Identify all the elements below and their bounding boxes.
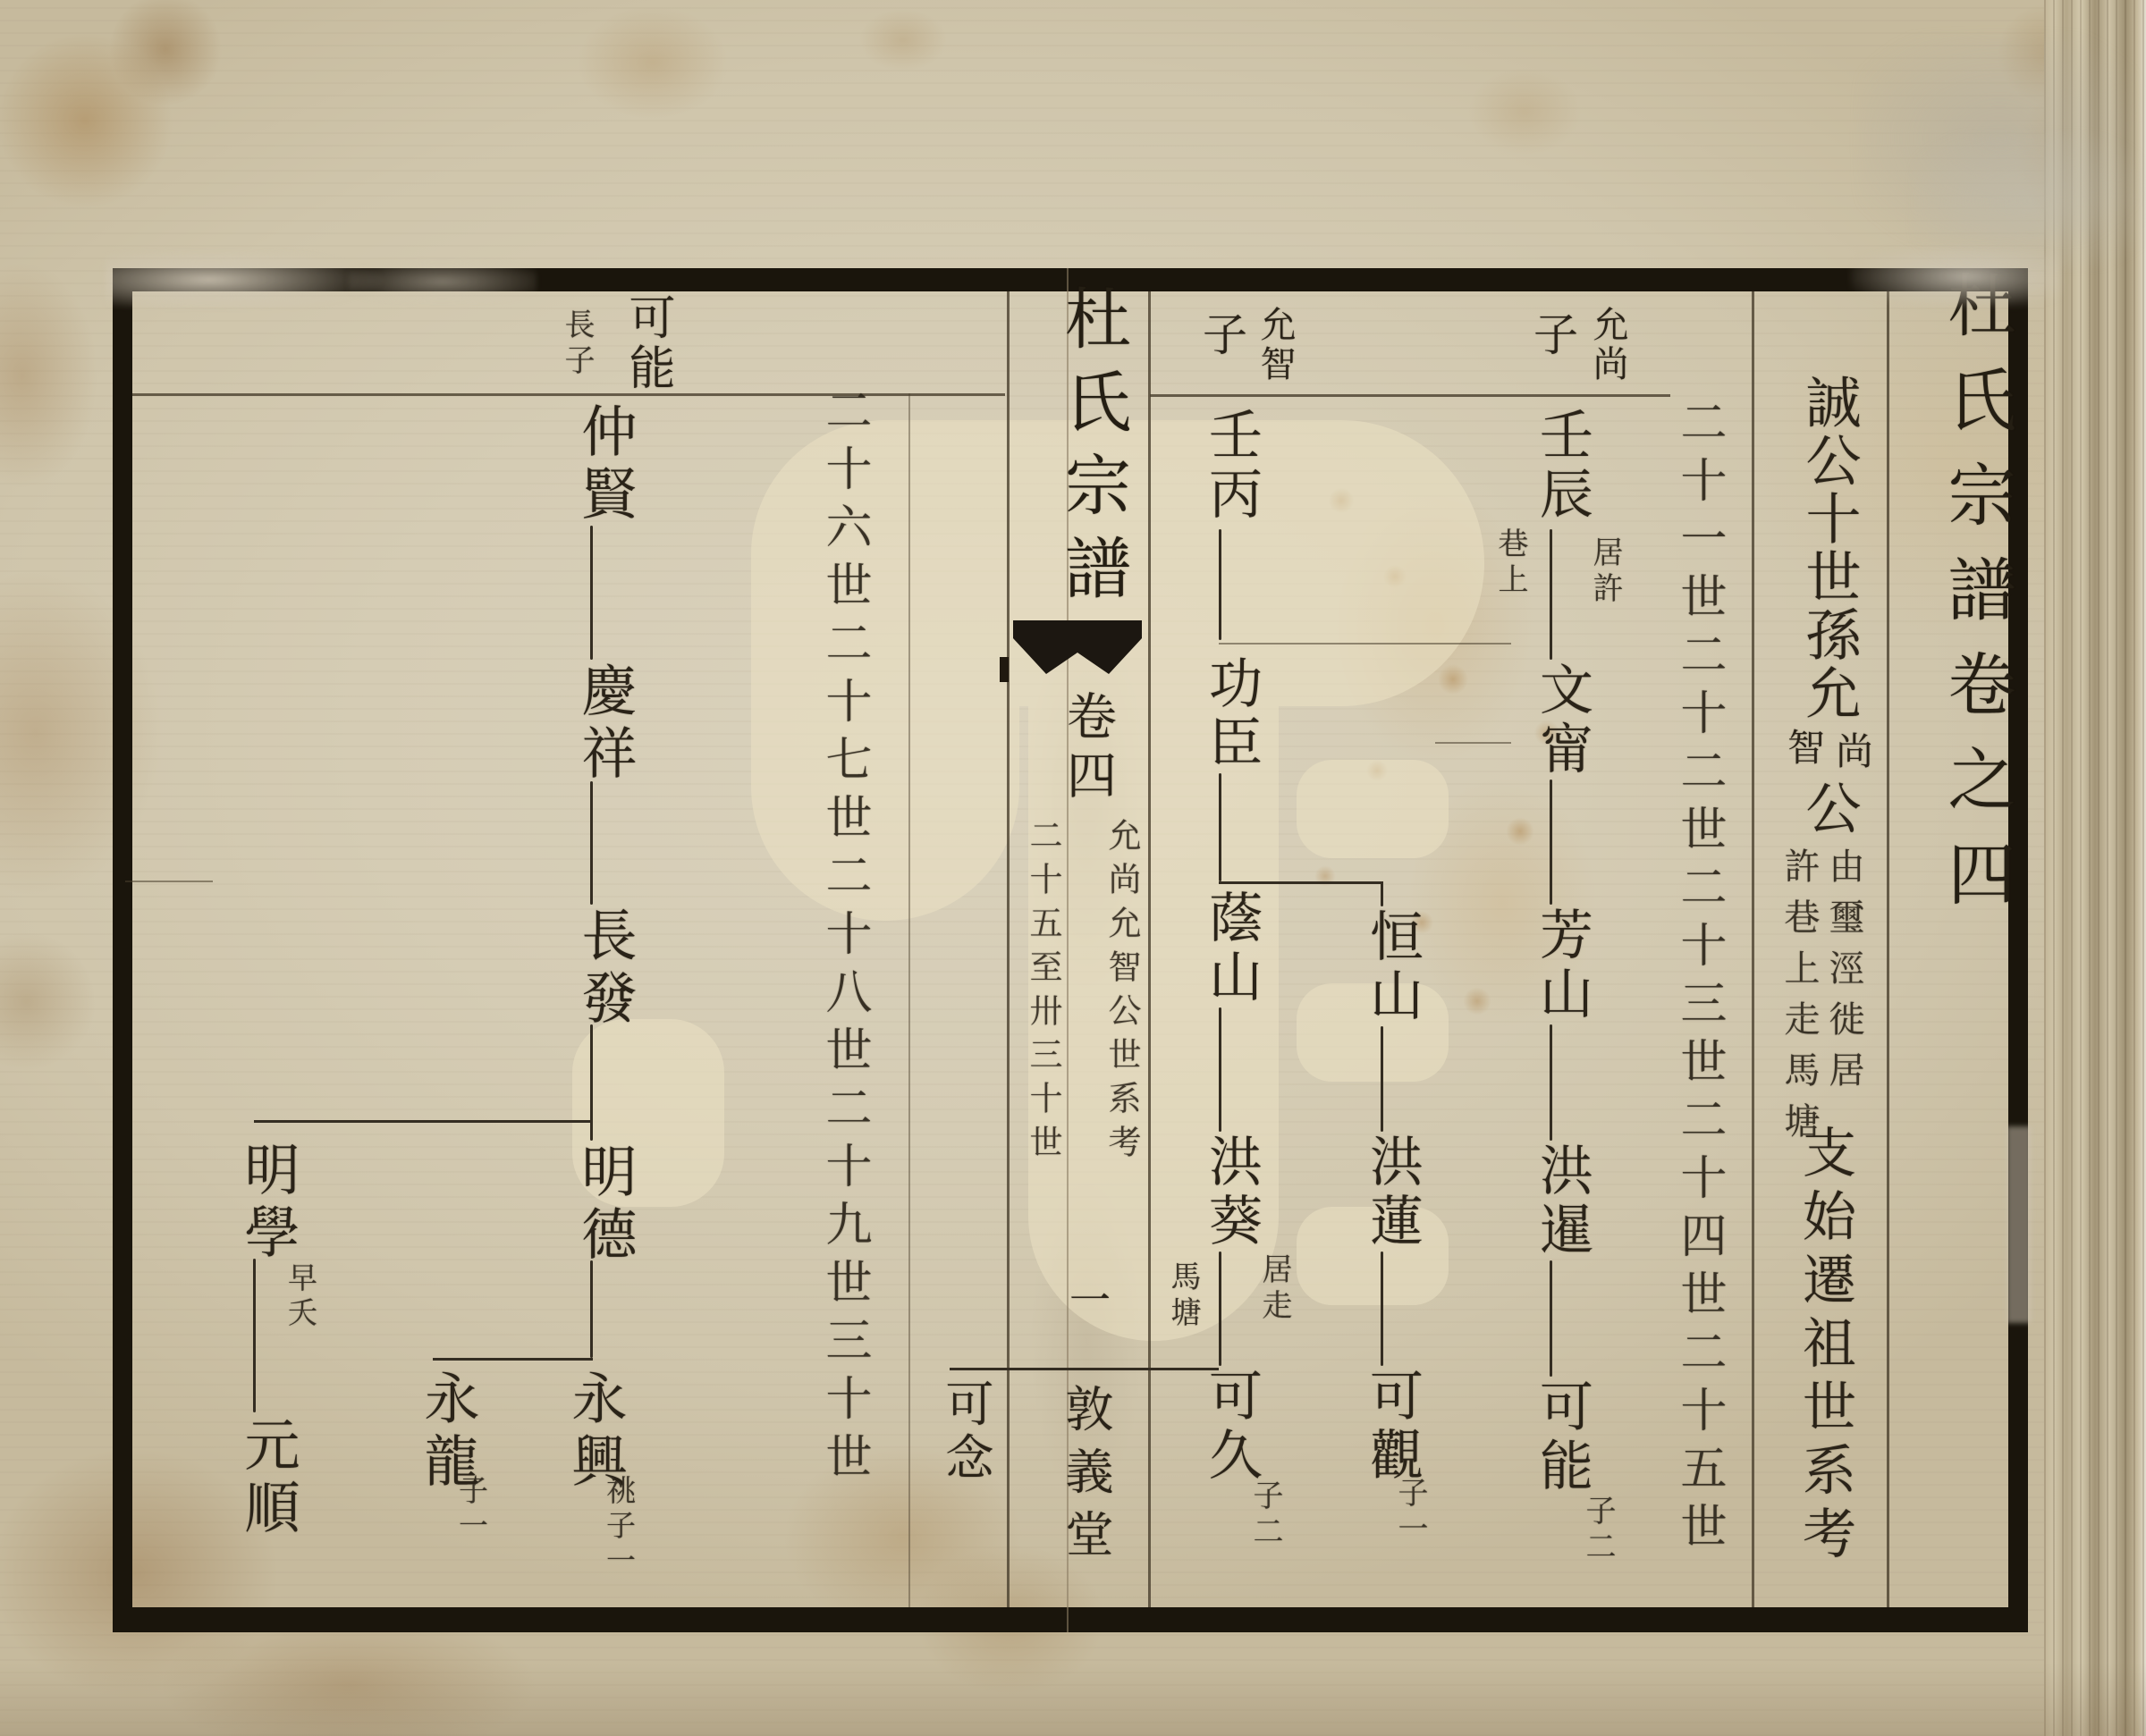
tree2-parent-name: 允智 [1250,306,1301,384]
tree-node: 壬辰 [1524,407,1601,525]
generation-labels-right: 二十一世二十二世二十三世二十四世二十五世 [1665,398,1732,1560]
heading-line1: 誠公十世孫允 [1788,374,1868,722]
cell-line-fragment-left [125,881,213,882]
heading-note-left: 許巷上走馬塘 [1774,847,1825,1153]
tree-node: 慶祥 [564,662,644,787]
heading-line2: 公 [1788,780,1868,838]
connector [1550,1260,1552,1377]
tree-node: 洪暹 [1524,1142,1601,1260]
connector [253,1259,256,1412]
tree-node: 可久 [1193,1368,1270,1486]
node-note-left: 巷上 [1488,527,1532,599]
rule-fold-left [1007,291,1010,1607]
tree-node: 長發 [564,906,644,1032]
tree-node: 明德 [564,1142,644,1268]
spine-hall-name: 敦義堂 [1052,1384,1120,1572]
heading-note-right: 由璽涇徙居 [1819,847,1870,1102]
left-header-label: 長子 [554,308,598,380]
tree1-parent-label: 子 [1520,311,1584,359]
overflow-bracket [950,1368,1219,1370]
connector [1381,1026,1383,1132]
sibling-bracket [254,1120,591,1123]
left-header-parent: 可能 [613,293,680,393]
tree-node: 元順 [227,1416,307,1541]
heading-small-name-zhi: 智 [1776,728,1829,765]
rule-title-column [1887,291,1889,1607]
tree-node: 恒山 [1354,908,1431,1026]
bottom-shadow [0,1663,2146,1736]
spine-page-number: 一 [1057,1278,1116,1319]
spine-generation-range: 二十五至卅三十世 [1018,818,1066,1168]
connector [1219,1251,1221,1366]
connector [1550,780,1552,905]
tree-node: 可念 [932,1378,1001,1486]
connector [590,1260,593,1358]
node-note: 祧子一 [597,1475,639,1580]
generation-labels-left: 二十六世二十七世二十八世二十九世三十世 [810,386,877,1490]
page-title: 杜氏宗譜卷之四 [1927,270,2024,933]
rule-fold-right [1148,291,1151,1607]
node-note-left: 馬塘 [1161,1260,1204,1332]
node-note: 早夭 [279,1262,321,1332]
tree-node: 壬丙 [1193,407,1270,525]
tree-node: 可觀 [1354,1368,1431,1486]
node-note: 子一 [450,1475,492,1545]
connector [590,526,593,660]
node-note: 子二 [1243,1479,1287,1551]
connector [590,781,593,905]
tree-node: 蔭山 [1193,889,1270,1007]
spine-volume: 卷四 [1052,690,1123,808]
genealogy-scan-page: 杜氏宗譜 卷四 允尚允智公世系考 二十五至卅三十世 一 敦義堂 杜氏宗譜卷之四 … [0,0,2146,1736]
rule-left-page-inner [908,393,910,1607]
page-edge-stack [2044,0,2146,1736]
frame-bottom [113,1607,2028,1632]
heading-small-name-shang: 尚 [1824,731,1878,769]
node-note: 子一 [1388,1477,1432,1548]
tree-node: 文甯 [1524,662,1601,780]
tree-node: 洪葵 [1193,1133,1270,1251]
node-note: 子二 [1576,1495,1619,1566]
tree2-parent-label: 子 [1189,311,1254,359]
tree-node: 洪蓮 [1354,1133,1431,1251]
tree-node: 可能 [1524,1378,1601,1496]
tree-node: 仲賢 [564,402,644,527]
sibling-bracket [433,1358,593,1361]
tree-node: 功臣 [1193,655,1270,773]
frame-left [113,268,132,1632]
connector [1381,1251,1383,1366]
connector [1381,881,1383,906]
node-note-right: 居走 [1252,1253,1296,1325]
heading-line3: 支始遷祖世系考 [1787,1125,1863,1569]
connector [1550,1024,1552,1141]
connector [1550,529,1552,660]
fishtail-icon [1010,617,1145,679]
rule-right-header [1150,394,1670,397]
tree1-parent-name: 允尚 [1583,306,1634,384]
tree2-row-line [1219,643,1511,645]
rule-heading-column [1752,291,1754,1607]
connector [1219,529,1221,640]
ink-blot [1000,657,1009,682]
connector [590,1024,593,1141]
cell-line-fragment-right [1435,742,1511,744]
sibling-bracket [1219,881,1383,884]
connector [1219,773,1221,881]
tree-node: 芳山 [1524,906,1601,1024]
node-note-right: 居許 [1583,536,1626,608]
spine-title: 杜氏宗譜 [1044,284,1139,617]
tree-node: 明學 [227,1141,307,1266]
spine-section-label: 允尚允智公世系考 [1096,818,1145,1168]
connector [1219,1007,1221,1132]
